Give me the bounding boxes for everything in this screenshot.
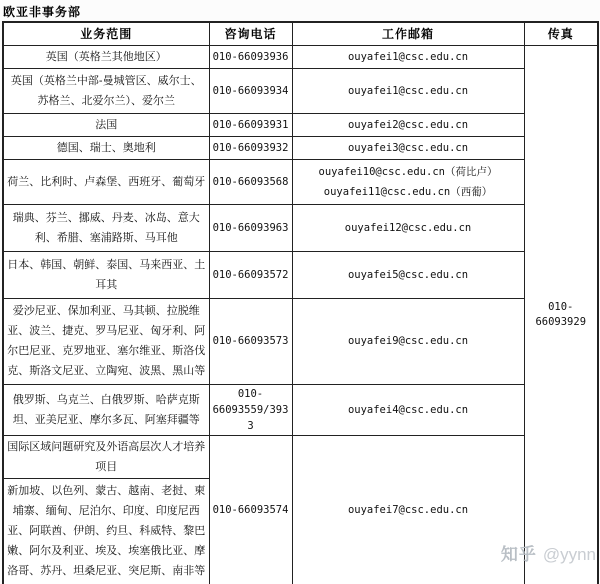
header-phone: 咨询电话 xyxy=(209,22,292,45)
table-header-row: 业务范围 咨询电话 工作邮箱 传真 xyxy=(3,22,598,45)
fax-cell: 010-66093929 xyxy=(524,45,598,584)
email-cell: ouyafei2@csc.edu.cn xyxy=(292,113,524,136)
email-cell: ouyafei3@csc.edu.cn xyxy=(292,136,524,159)
table-row: 日本、韩国、朝鲜、泰国、马来西亚、土耳其 010-66093572 ouyafe… xyxy=(3,251,598,298)
email-cell: ouyafei1@csc.edu.cn xyxy=(292,68,524,113)
email-cell: ouyafei12@csc.edu.cn xyxy=(292,204,524,251)
scope-cell: 德国、瑞士、奥地利 xyxy=(3,136,209,159)
table-row: 英国（英格兰其他地区） 010-66093936 ouyafei1@csc.ed… xyxy=(3,45,598,68)
scope-cell: 荷兰、比利时、卢森堡、西班牙、葡萄牙 xyxy=(3,159,209,204)
table-row: 瑞典、芬兰、挪威、丹麦、冰岛、意大利、希腊、塞浦路斯、马耳他 010-66093… xyxy=(3,204,598,251)
email-cell: ouyafei4@csc.edu.cn xyxy=(292,384,524,435)
phone-cell: 010-66093573 xyxy=(209,298,292,384)
phone-cell: 010-66093934 xyxy=(209,68,292,113)
email-cell: ouyafei1@csc.edu.cn xyxy=(292,45,524,68)
table-row: 德国、瑞士、奥地利 010-66093932 ouyafei3@csc.edu.… xyxy=(3,136,598,159)
scope-cell: 爱沙尼亚、保加利亚、马其顿、拉脱维亚、波兰、捷克、罗马尼亚、匈牙利、阿尔巴尼亚、… xyxy=(3,298,209,384)
email-cell: ouyafei9@csc.edu.cn xyxy=(292,298,524,384)
phone-cell: 010-66093963 xyxy=(209,204,292,251)
scope-cell: 新加坡、以色列、蒙古、越南、老挝、柬埔寨、缅甸、尼泊尔、印度、印度尼西亚、阿联酋… xyxy=(3,478,209,584)
phone-cell: 010-66093936 xyxy=(209,45,292,68)
phone-cell: 010-66093574 xyxy=(209,435,292,584)
header-scope: 业务范围 xyxy=(3,22,209,45)
header-email: 工作邮箱 xyxy=(292,22,524,45)
table-row: 俄罗斯、乌克兰、白俄罗斯、哈萨克斯坦、亚美尼亚、摩尔多瓦、阿塞拜疆等 010-6… xyxy=(3,384,598,435)
table-row: 法国 010-66093931 ouyafei2@csc.edu.cn xyxy=(3,113,598,136)
phone-cell: 010-66093559/3933 xyxy=(209,384,292,435)
email-cell: ouyafei10@csc.edu.cn（荷比卢） ouyafei11@csc.… xyxy=(292,159,524,204)
page-title: 欧亚非事务部 xyxy=(3,3,81,20)
scope-cell: 法国 xyxy=(3,113,209,136)
email-cell: ouyafei5@csc.edu.cn xyxy=(292,251,524,298)
scope-cell: 英国（英格兰中部-曼城管区、威尔士、苏格兰、北爱尔兰）、爱尔兰 xyxy=(3,68,209,113)
table-row: 国际区域问题研究及外语高层次人才培养项目 010-66093574 ouyafe… xyxy=(3,435,598,478)
scope-cell: 日本、韩国、朝鲜、泰国、马来西亚、土耳其 xyxy=(3,251,209,298)
email-cell: ouyafei7@csc.edu.cn xyxy=(292,435,524,584)
scope-cell: 英国（英格兰其他地区） xyxy=(3,45,209,68)
phone-cell: 010-66093932 xyxy=(209,136,292,159)
phone-cell: 010-66093568 xyxy=(209,159,292,204)
scope-cell: 俄罗斯、乌克兰、白俄罗斯、哈萨克斯坦、亚美尼亚、摩尔多瓦、阿塞拜疆等 xyxy=(3,384,209,435)
email-line-1: ouyafei10@csc.edu.cn（荷比卢） xyxy=(295,162,522,182)
table-row: 爱沙尼亚、保加利亚、马其顿、拉脱维亚、波兰、捷克、罗马尼亚、匈牙利、阿尔巴尼亚、… xyxy=(3,298,598,384)
header-fax: 传真 xyxy=(524,22,598,45)
phone-cell: 010-66093572 xyxy=(209,251,292,298)
table-row: 荷兰、比利时、卢森堡、西班牙、葡萄牙 010-66093568 ouyafei1… xyxy=(3,159,598,204)
department-contact-table: 业务范围 咨询电话 工作邮箱 传真 英国（英格兰其他地区） 010-660939… xyxy=(2,21,599,584)
scope-cell: 国际区域问题研究及外语高层次人才培养项目 xyxy=(3,435,209,478)
phone-cell: 010-66093931 xyxy=(209,113,292,136)
scope-cell: 瑞典、芬兰、挪威、丹麦、冰岛、意大利、希腊、塞浦路斯、马耳他 xyxy=(3,204,209,251)
email-line-2: ouyafei11@csc.edu.cn（西葡） xyxy=(295,182,522,202)
table-row: 英国（英格兰中部-曼城管区、威尔士、苏格兰、北爱尔兰）、爱尔兰 010-6609… xyxy=(3,68,598,113)
